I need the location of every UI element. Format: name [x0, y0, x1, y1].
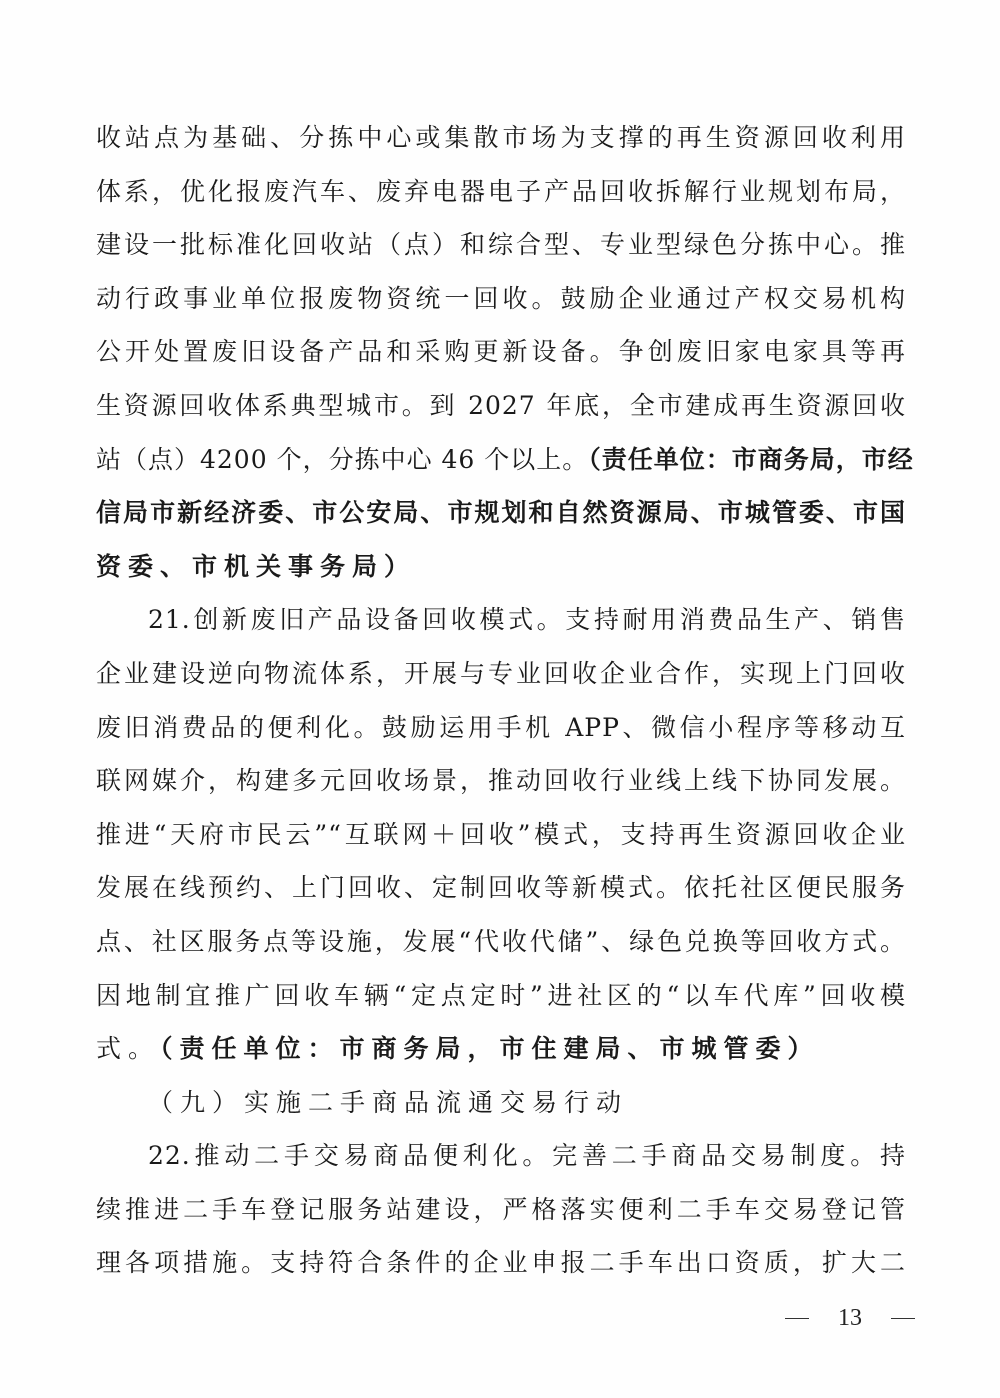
paragraph-line: 因地制宜推广回收车辆“定点定时”进社区的“以车代库”回收模: [96, 976, 906, 1030]
paragraph-line: 理各项措施。支持符合条件的企业申报二手车出口资质，扩大二: [96, 1243, 906, 1297]
dash-right: [891, 1318, 915, 1319]
responsible-units: （责任单位：市商务局，市经: [588, 445, 914, 474]
responsible-units-line: 资委、市机关事务局）: [96, 547, 906, 601]
paragraph-line: 收站点为基础、分拣中心或集散市场为支撑的再生资源回收利用: [96, 118, 906, 172]
responsible-units-line: 信局市新经济委、市公安局、市规划和自然资源局、市城管委、市国: [96, 493, 906, 547]
paragraph-line: 公开处置废旧设备产品和采购更新设备。争创废旧家电家具等再: [96, 332, 906, 386]
paragraph-line: 续推进二手车登记服务站建设，严格落实便利二手车交易登记管: [96, 1190, 906, 1244]
paragraph-line: 建设一批标准化回收站（点）和综合型、专业型绿色分拣中心。推: [96, 225, 906, 279]
paragraph-line: 式。（责任单位：市商务局，市住建局、市城管委）: [96, 1029, 906, 1083]
paragraph-line: 企业建设逆向物流体系，开展与专业回收企业合作，实现上门回收: [96, 654, 906, 708]
dash-left: [785, 1318, 809, 1319]
page-number: 13: [785, 1305, 915, 1332]
paragraph-line: 动行政事业单位报废物资统一回收。鼓励企业通过产权交易机构: [96, 279, 906, 333]
body-text: 收站点为基础、分拣中心或集散市场为支撑的再生资源回收利用 体系，优化报废汽车、废…: [96, 118, 906, 1297]
line-text: 站（点）4200 个，分拣中心 46 个以上。: [96, 445, 588, 474]
line-text: 式。: [96, 1034, 160, 1063]
responsible-units: （责任单位：市商务局，市住建局、市城管委）: [160, 1034, 820, 1063]
section-heading: （九）实施二手商品流通交易行动: [96, 1083, 906, 1137]
paragraph-line: 点、社区服务点等设施，发展“代收代储”、绿色兑换等回收方式。: [96, 922, 906, 976]
document-page: 收站点为基础、分拣中心或集散市场为支撑的再生资源回收利用 体系，优化报废汽车、废…: [0, 0, 1000, 1398]
page-number-value: 13: [838, 1305, 862, 1332]
paragraph-line: 站（点）4200 个，分拣中心 46 个以上。（责任单位：市商务局，市经: [96, 440, 906, 494]
paragraph-line: 联网媒介，构建多元回收场景，推动回收行业线上线下协同发展。: [96, 761, 906, 815]
paragraph-line: 生资源回收体系典型城市。到 2027 年底，全市建成再生资源回收: [96, 386, 906, 440]
item-22-heading-line: 22.推动二手交易商品便利化。完善二手商品交易制度。持: [96, 1136, 906, 1190]
item-21-heading-line: 21.创新废旧产品设备回收模式。支持耐用消费品生产、销售: [96, 600, 906, 654]
paragraph-line: 推进“天府市民云”“互联网＋回收”模式，支持再生资源回收企业: [96, 815, 906, 869]
paragraph-line: 体系，优化报废汽车、废弃电器电子产品回收拆解行业规划布局，: [96, 172, 906, 226]
paragraph-line: 废旧消费品的便利化。鼓励运用手机 APP、微信小程序等移动互: [96, 708, 906, 762]
paragraph-line: 发展在线预约、上门回收、定制回收等新模式。依托社区便民服务: [96, 868, 906, 922]
